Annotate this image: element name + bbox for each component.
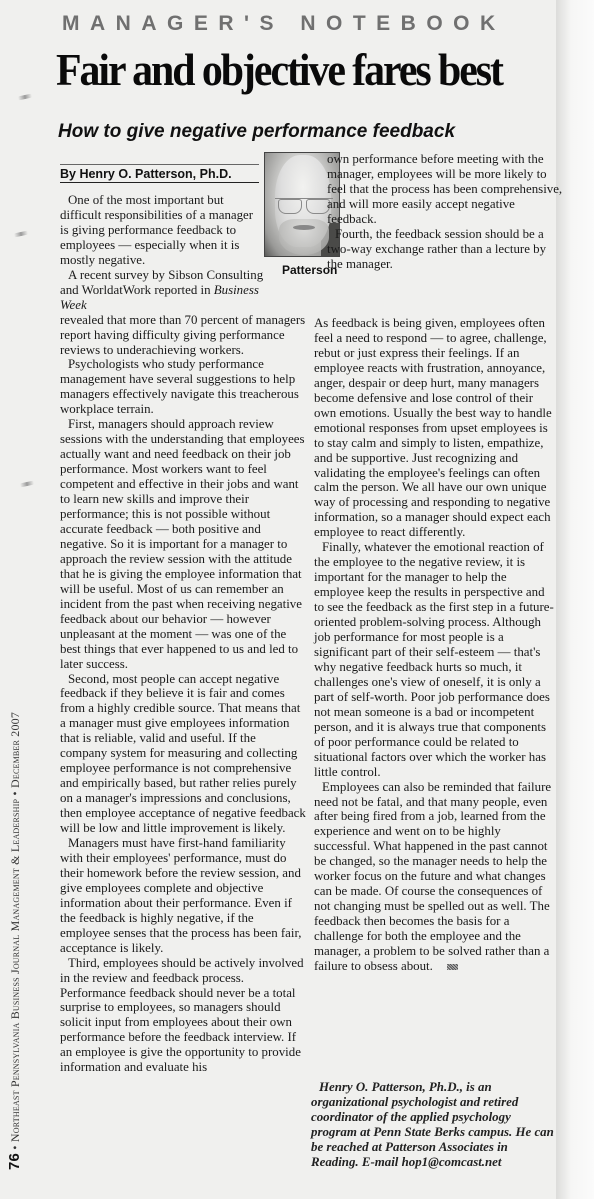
section-name: Management & Leadership <box>8 799 22 932</box>
paragraph: Second, most people can accept negative … <box>60 672 306 836</box>
end-of-story-icon <box>447 964 458 970</box>
paragraph: own performance before meeting with the … <box>327 152 563 227</box>
page-number: 76 <box>6 1153 23 1170</box>
paragraph: Fourth, the feedback session should be a… <box>327 227 563 272</box>
paragraph: Employees can also be reminded that fail… <box>314 780 557 974</box>
byline: By Henry O. Patterson, Ph.D. <box>60 167 259 181</box>
left-column-intro: One of the most important but difficult … <box>60 193 264 313</box>
paragraph: Managers must have first-hand familiarit… <box>60 836 306 956</box>
right-column-intro: own performance before meeting with the … <box>327 152 563 272</box>
article-headline: Fair and objective fares best <box>56 44 502 96</box>
section-kicker: MANAGER'S NOTEBOOK <box>62 12 506 36</box>
left-column: One of the most important but difficult … <box>60 193 306 1075</box>
paragraph: Psychologists who study performance mana… <box>60 357 306 417</box>
author-bio: Henry O. Patterson, Ph.D., is an organiz… <box>311 1080 556 1170</box>
paragraph: One of the most important but difficult … <box>60 193 264 268</box>
issue-date: December 2007 <box>8 712 22 788</box>
right-column: As feedback is being given, employees of… <box>314 316 557 974</box>
publication-name: Northeast Pennsylvania Business Journal <box>8 935 22 1142</box>
paragraph: As feedback is being given, employees of… <box>314 316 557 540</box>
paragraph: A recent survey by Sibson Consulting and… <box>60 268 264 313</box>
article-deck-subtitle: How to give negative performance feedbac… <box>58 121 455 143</box>
byline-box: By Henry O. Patterson, Ph.D. <box>60 164 259 183</box>
paragraph: Finally, whatever the emotional reaction… <box>314 540 557 779</box>
paragraph: revealed that more than 70 percent of ma… <box>60 313 306 358</box>
running-footer: 76 • Northeast Pennsylvania Business Jou… <box>6 712 23 1170</box>
paragraph: First, managers should approach review s… <box>60 417 306 671</box>
paragraph: Third, employees should be actively invo… <box>60 956 306 1076</box>
